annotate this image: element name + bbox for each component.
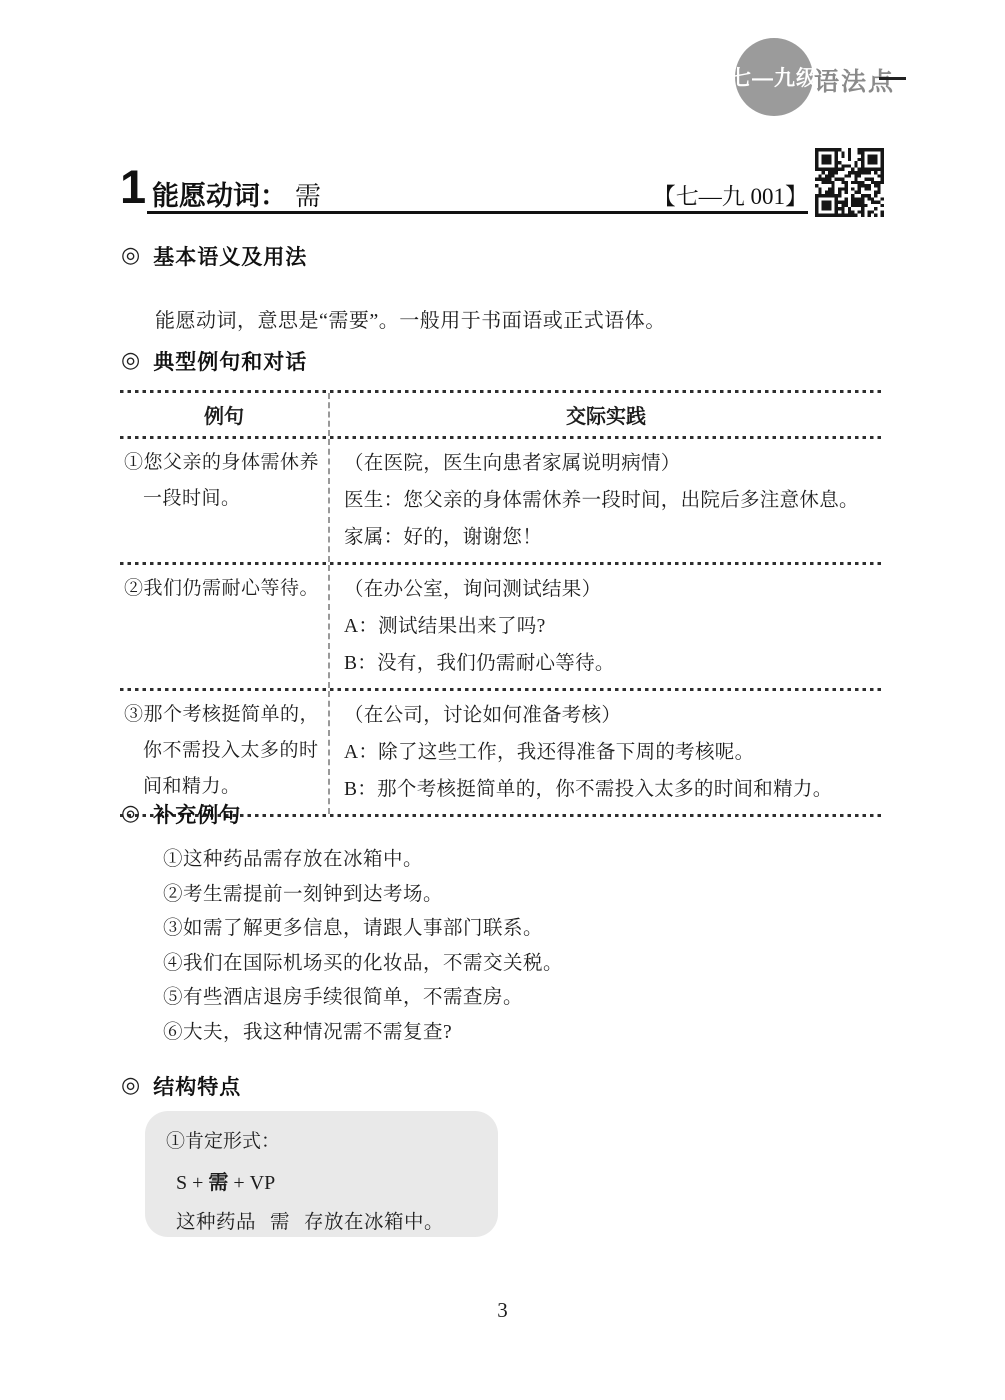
bullseye-bullet-icon: ◎ — [121, 803, 140, 825]
list-item: ③如需了解更多信息，请跟人事部门联系。 — [163, 912, 563, 947]
page-number: 3 — [0, 1298, 1005, 1323]
formula-pre: S + — [176, 1172, 208, 1194]
qr-code-icon — [812, 148, 887, 217]
lesson-title: 能愿动词：需 — [152, 174, 321, 213]
practice-line: （在公司，讨论如何准备考核） — [344, 697, 882, 734]
table-row: ③那个考核挺简单的，你不需投入太多的时间和精力。 （在公司，讨论如何准备考核） … — [120, 691, 882, 814]
bullseye-bullet-icon: ◎ — [121, 1075, 140, 1097]
example-table: 例句 交际实践 ①您父亲的身体需休养一段时间。 （在医院，医生向患者家属说明病情… — [120, 390, 882, 817]
table-row: ②我们仍需耐心等待。 （在办公室，询问测试结果） A：测试结果出来了吗? B：没… — [120, 565, 882, 688]
practice-cell: （在公司，讨论如何准备考核） A：除了这些工作，我还得准备下周的考核呢。 B：那… — [330, 691, 882, 814]
structure-box: ①肯定形式： S + 需 + VP 这种药品需存放在冰箱中。 — [145, 1111, 498, 1237]
example-cell: ①您父亲的身体需休养一段时间。 — [120, 439, 330, 562]
bullseye-bullet-icon: ◎ — [121, 350, 140, 372]
practice-line: A：测试结果出来了吗? — [344, 608, 882, 645]
lesson-title-keyword: 需 — [295, 182, 321, 211]
section-heading-text: 结构特点 — [153, 1071, 241, 1101]
level-badge-circle: 七—九级 — [735, 38, 813, 116]
level-badge-text: 七—九级 — [730, 62, 818, 92]
section-heading-examples: ◎ 典型例句和对话 — [121, 346, 307, 376]
structure-box-title: ①肯定形式： — [166, 1126, 498, 1153]
lesson-number: 1 — [120, 163, 146, 210]
lesson-title-prefix: 能愿动词： — [152, 181, 287, 211]
structure-formula: S + 需 + VP — [176, 1166, 498, 1195]
example-keyword: 需 — [270, 1212, 290, 1233]
list-item: ①这种药品需存放在冰箱中。 — [163, 843, 563, 878]
badge-label: 语法点 — [814, 62, 895, 98]
table-header-row: 例句 交际实践 — [120, 393, 882, 436]
section-heading-text: 基本语义及用法 — [153, 241, 307, 271]
structure-example: 这种药品需存放在冰箱中。 — [176, 1206, 498, 1234]
practice-cell: （在办公室，询问测试结果） A：测试结果出来了吗? B：没有，我们仍需耐心等待。 — [330, 565, 882, 688]
practice-line: 医生：您父亲的身体需休养一段时间，出院后多注意休息。 — [344, 482, 882, 519]
example-sentence: ③那个考核挺简单的，你不需投入太多的时间和精力。 — [124, 697, 320, 805]
example-predicate: 存放在冰箱中。 — [304, 1212, 444, 1233]
section-heading-text: 补充例句 — [153, 799, 241, 829]
semantics-body-text: 能愿动词，意思是“需要”。一般用于书面语或正式语体。 — [155, 304, 895, 333]
formula-post: + VP — [228, 1172, 275, 1194]
section-heading-text: 典型例句和对话 — [153, 346, 307, 376]
section-heading-structure: ◎ 结构特点 — [121, 1071, 241, 1101]
practice-line: B：那个考核挺简单的，你不需投入太多的时间和精力。 — [344, 771, 882, 808]
practice-line: A：除了这些工作，我还得准备下周的考核呢。 — [344, 734, 882, 771]
practice-line: B：没有，我们仍需耐心等待。 — [344, 645, 882, 682]
example-sentence: ①您父亲的身体需休养一段时间。 — [124, 445, 320, 517]
example-column-header: 例句 — [120, 393, 330, 436]
example-cell: ③那个考核挺简单的，你不需投入太多的时间和精力。 — [120, 691, 330, 814]
section-heading-semantics: ◎ 基本语义及用法 — [121, 241, 307, 271]
header-rule-line — [147, 211, 808, 214]
table-row: ①您父亲的身体需休养一段时间。 （在医院，医生向患者家属说明病情） 医生：您父亲… — [120, 439, 882, 562]
supplement-list: ①这种药品需存放在冰箱中。 ②考生需提前一刻钟到达考场。 ③如需了解更多信息，请… — [163, 843, 563, 1051]
practice-line: （在办公室，询问测试结果） — [344, 571, 882, 608]
practice-line: 家属：好的，谢谢您！ — [344, 519, 882, 556]
formula-keyword: 需 — [208, 1172, 228, 1194]
grammar-book-page: 七—九级 语法点 1 能愿动词：需 【七—九 001】 ◎ 基本语义及用法 能愿… — [0, 0, 1005, 1400]
section-heading-supplement: ◎ 补充例句 — [121, 799, 241, 829]
badge-rule-line — [879, 77, 906, 80]
bullseye-bullet-icon: ◎ — [121, 245, 140, 267]
list-item: ⑥大夫，我这种情况需不需复查? — [163, 1016, 563, 1051]
practice-cell: （在医院，医生向患者家属说明病情） 医生：您父亲的身体需休养一段时间，出院后多注… — [330, 439, 882, 562]
example-cell: ②我们仍需耐心等待。 — [120, 565, 330, 688]
list-item: ④我们在国际机场买的化妆品，不需交关税。 — [163, 947, 563, 982]
practice-line: （在医院，医生向患者家属说明病情） — [344, 445, 882, 482]
example-sentence: ②我们仍需耐心等待。 — [124, 571, 320, 607]
practice-column-header: 交际实践 — [330, 393, 882, 436]
lesson-reference-code: 【七—九 001】 — [653, 178, 808, 211]
list-item: ②考生需提前一刻钟到达考场。 — [163, 878, 563, 913]
list-item: ⑤有些酒店退房手续很简单，不需查房。 — [163, 981, 563, 1016]
example-subject: 这种药品 — [176, 1212, 256, 1233]
